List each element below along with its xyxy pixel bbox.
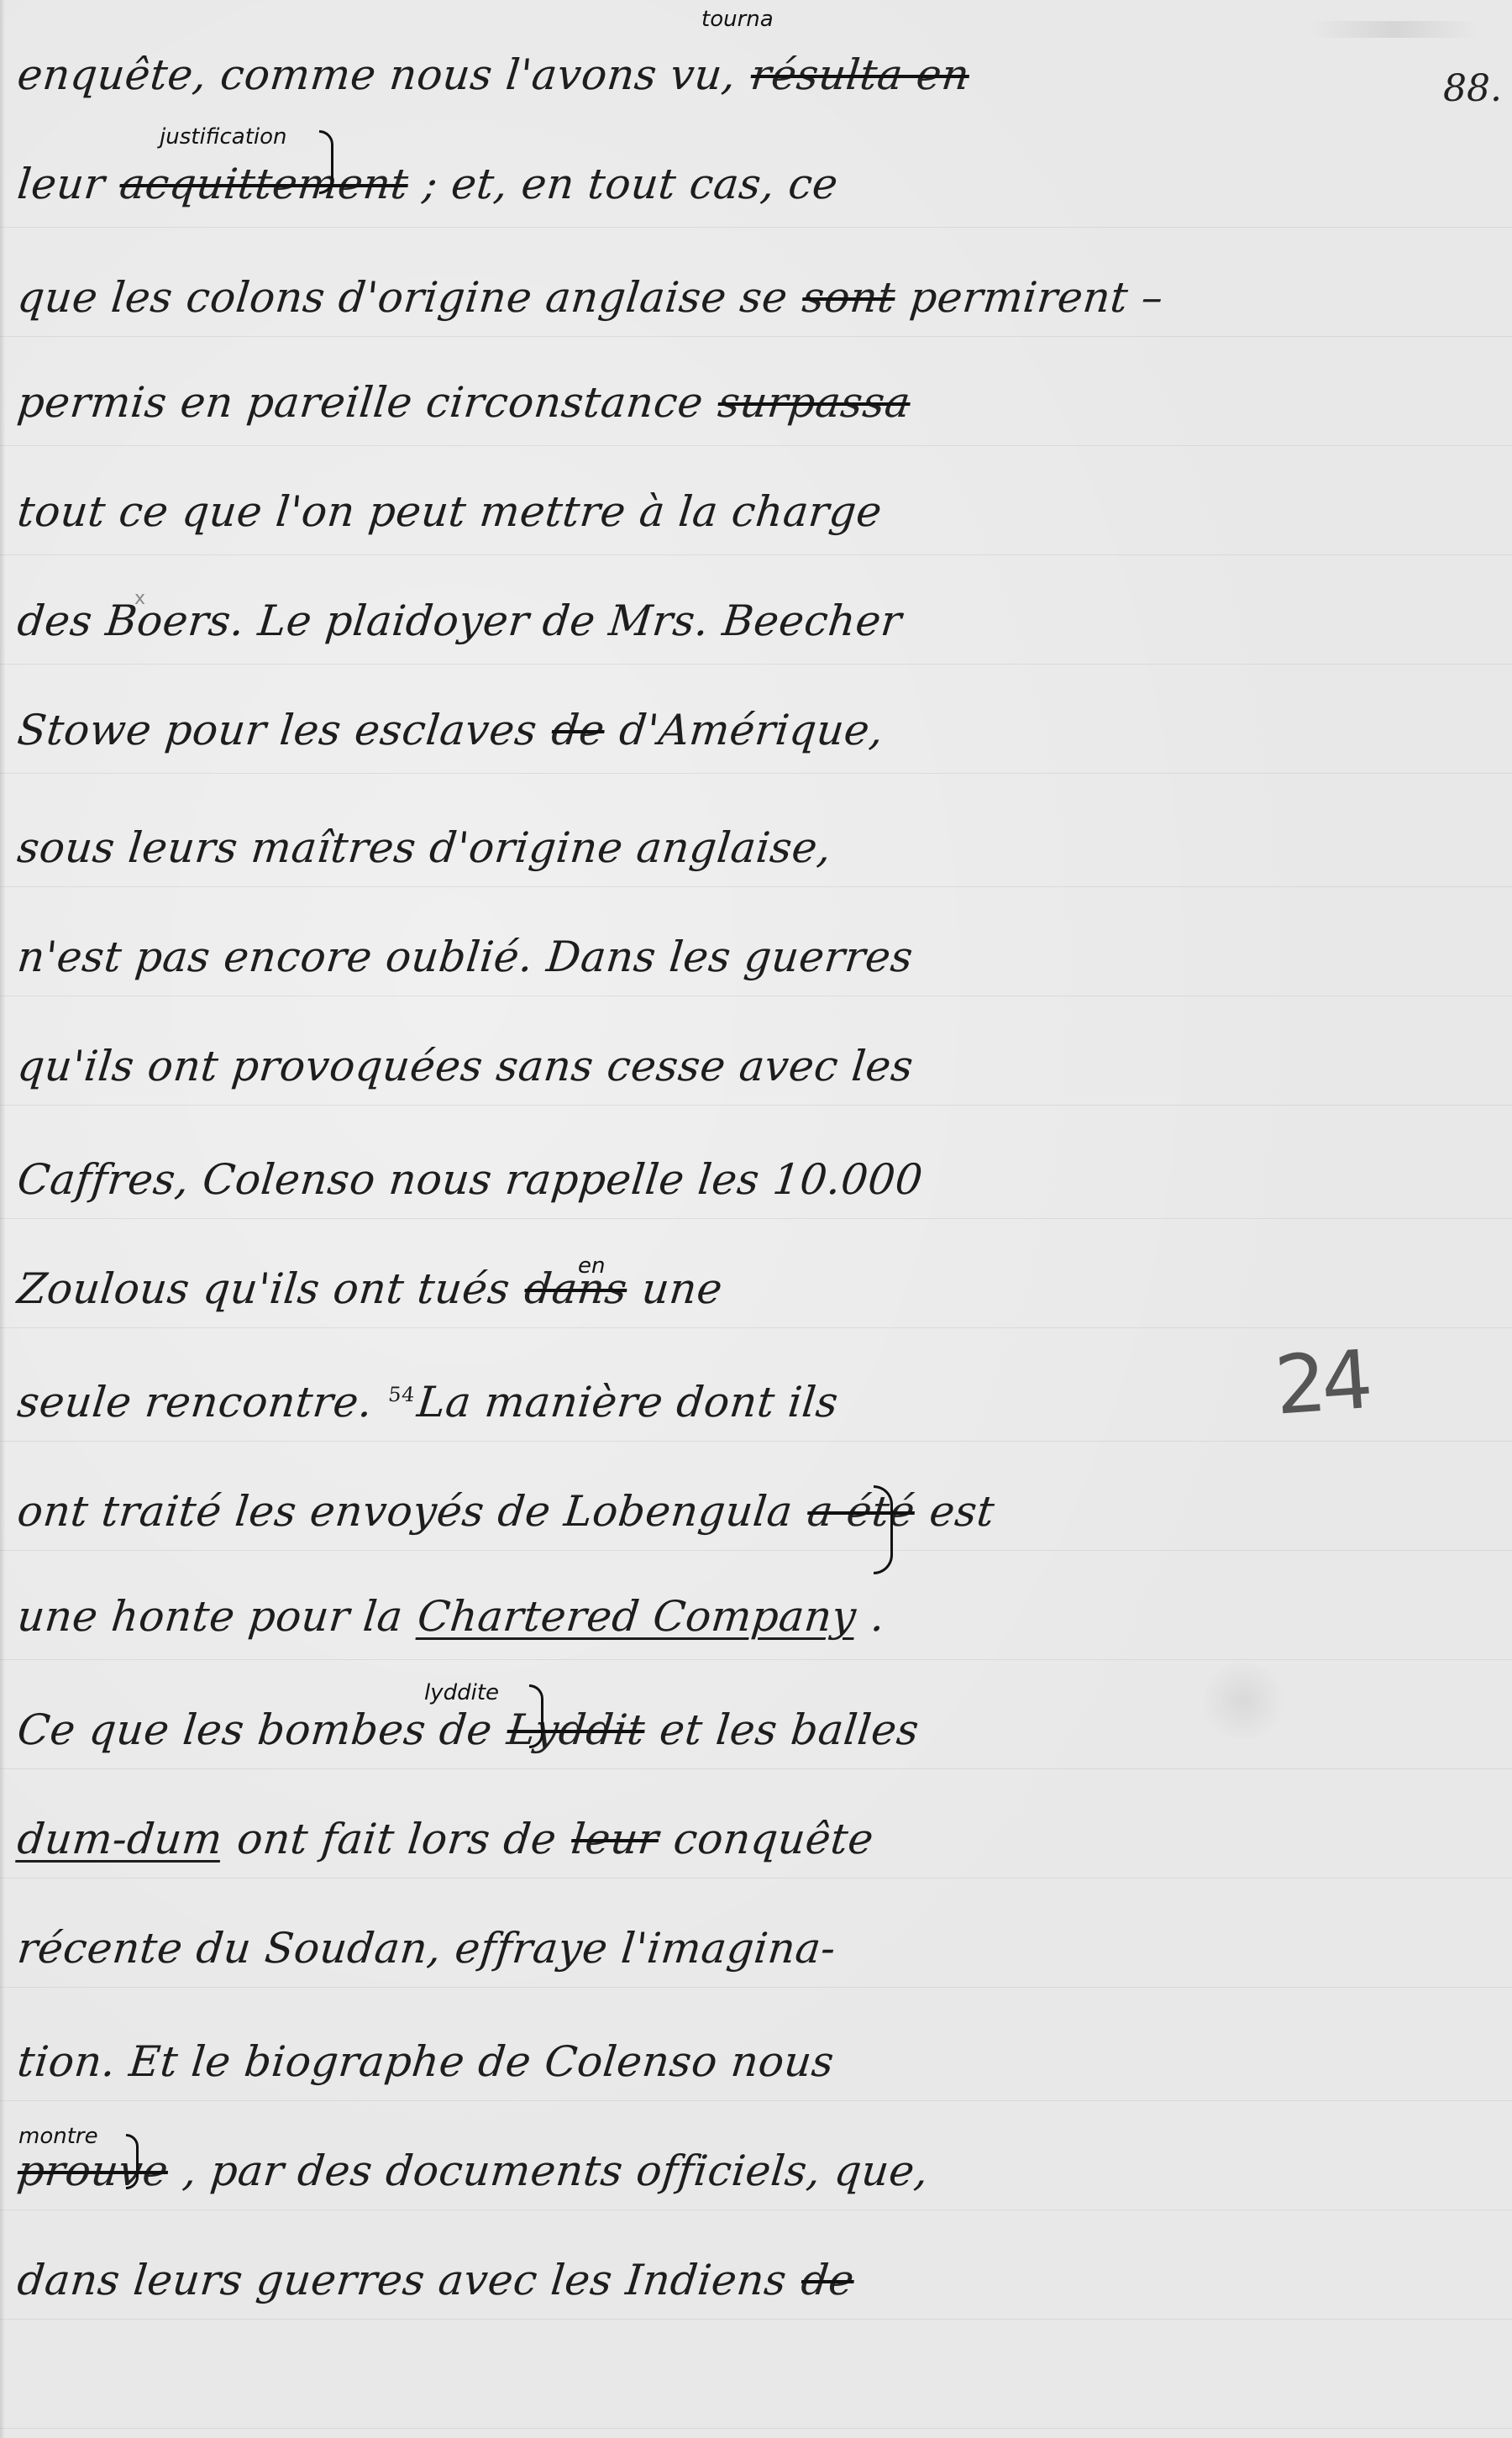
ruled-line — [0, 1878, 1512, 1878]
manuscript-line: une honte pour laChartered Company. — [15, 1592, 903, 1641]
text-segment: une honte pour la — [15, 1592, 405, 1641]
ruled-line — [0, 1768, 1512, 1769]
ruled-line — [0, 1441, 1512, 1442]
manuscript-line: enquête, comme nous l'avons vu,résulta e… — [15, 50, 987, 99]
struck-through-word: de — [549, 706, 607, 754]
text-segment: que les colons d'origine anglaise se — [15, 273, 790, 322]
interlinear-insertion: justification — [160, 124, 287, 150]
text-segment: une — [639, 1264, 725, 1313]
manuscript-line: tout ce que l'on peut mettre à la charge — [15, 487, 900, 536]
ruled-line — [0, 664, 1512, 665]
manuscript-line: seule rencontre.54La manière dont ils — [15, 1378, 856, 1427]
page-number: 88. — [1443, 67, 1502, 110]
paper-smudge — [1310, 21, 1478, 38]
text-segment: permis en pareille circonstance — [15, 378, 706, 427]
struck-through-word: de — [799, 2256, 857, 2304]
ruled-line — [0, 1218, 1512, 1219]
manuscript-line: dans leurs guerres avec les Indiensde — [15, 2256, 872, 2304]
correction-bracket — [126, 2134, 139, 2189]
interlinear-insertion: tourna — [701, 7, 774, 32]
manuscript-line: Zoulous qu'ils ont tuésdansune — [15, 1264, 740, 1313]
underlined-word: Chartered Company — [415, 1592, 858, 1641]
text-segment: dans leurs guerres avec les Indiens — [15, 2256, 789, 2304]
underlined-word: dum-dum — [15, 1815, 225, 1863]
ruled-line — [0, 773, 1512, 774]
interlinear-insertion: en — [578, 1253, 605, 1279]
text-segment: . — [869, 1592, 888, 1641]
text-segment: des Boers. Le plaidoyer de Mrs. Beecher — [15, 596, 904, 645]
ruled-line — [0, 1550, 1512, 1551]
ruled-line — [0, 336, 1512, 337]
manuscript-line: prouve, par des documents officiels, que… — [15, 2146, 946, 2195]
text-segment: ont traité les envoyés de Lobengula — [15, 1487, 795, 1536]
ruled-line — [0, 2319, 1512, 2320]
struck-through-word: leur — [569, 1815, 661, 1863]
manuscript-line: des Boers. Le plaidoyer de Mrs. Beecher — [15, 596, 919, 645]
manuscript-line: Ce que les bombes deLydditet les balles — [15, 1705, 937, 1754]
text-segment: et les balles — [658, 1705, 921, 1754]
text-segment: Stowe pour les esclaves — [15, 706, 539, 754]
text-segment: conquête — [671, 1815, 876, 1863]
struck-through-word: surpassa — [716, 378, 913, 427]
text-segment: La manière dont ils — [415, 1378, 841, 1427]
manuscript-line: tion. Et le biographe de Colenso nous — [15, 2037, 852, 2086]
text-segment: Zoulous qu'ils ont tués — [15, 1264, 512, 1313]
text-segment: tout ce que l'on peut mettre à la charge — [15, 487, 885, 536]
manuscript-page: 88. 24 x enquête, comme nous l'avons vu,… — [0, 0, 1512, 2438]
struck-through-word: prouve — [15, 2146, 171, 2195]
ruled-line — [0, 2100, 1512, 2101]
manuscript-line: leuracquittement; et, en tout cas, ce — [15, 160, 856, 208]
manuscript-line: Caffres, Colenso nous rappelle les 10.00… — [15, 1155, 940, 1204]
ruled-line — [0, 2428, 1512, 2429]
text-segment: qu'ils ont provoquées sans cesse avec le… — [15, 1042, 916, 1090]
ruled-line — [0, 445, 1512, 446]
text-segment: Ce que les bombes de — [15, 1705, 495, 1754]
manuscript-line: n'est pas encore oublié. Dans les guerre… — [15, 933, 931, 981]
correction-bracket — [529, 1684, 543, 1748]
text-segment: est — [927, 1487, 997, 1536]
text-segment: tion. Et le biographe de Colenso nous — [15, 2037, 837, 2086]
text-segment: , par des documents officiels, que, — [181, 2146, 931, 2195]
manuscript-line: Stowe pour les esclavesded'Amérique, — [15, 706, 901, 754]
ruled-line — [0, 1105, 1512, 1106]
manuscript-line: que les colons d'origine anglaise sesont… — [15, 273, 1181, 322]
correction-bracket — [874, 1485, 893, 1574]
text-segment: seule rencontre. — [15, 1378, 375, 1427]
interlinear-insertion: lyddite — [424, 1680, 499, 1705]
text-segment: n'est pas encore oublié. Dans les guerre… — [15, 933, 916, 981]
struck-through-word: résulta en — [748, 50, 972, 99]
manuscript-line: dum-dumont fait lors deleurconquête — [15, 1815, 891, 1863]
ruled-line — [0, 1987, 1512, 1988]
manuscript-line: permis en pareille circonstancesurpassa — [15, 378, 928, 427]
pencil-folio-number: 24 — [1272, 1332, 1371, 1432]
struck-through-word: sont — [800, 273, 897, 322]
correction-bracket — [319, 130, 333, 194]
text-segment: permirent – — [907, 273, 1165, 322]
manuscript-line: récente du Soudan, effraye l'imagina- — [15, 1924, 853, 1973]
text-segment: récente du Soudan, effraye l'imagina- — [15, 1924, 838, 1973]
ruled-line — [0, 1327, 1512, 1328]
ruled-line — [0, 2209, 1512, 2210]
manuscript-line: sous leurs maîtres d'origine anglaise, — [15, 823, 849, 872]
text-segment: leur — [15, 160, 108, 208]
struck-through-word: a été — [805, 1487, 917, 1536]
struck-through-word: Lyddit — [505, 1705, 648, 1754]
text-segment: ; et, en tout cas, ce — [421, 160, 841, 208]
text-segment: ont fait lors de — [235, 1815, 559, 1863]
struck-through-word: acquittement — [118, 160, 411, 208]
ruled-line — [0, 227, 1512, 228]
text-segment: Caffres, Colenso nous rappelle les 10.00… — [15, 1155, 925, 1204]
text-segment: d'Amérique, — [617, 706, 886, 754]
footnote-reference: 54 — [387, 1383, 416, 1406]
text-segment: sous leurs maîtres d'origine anglaise, — [15, 823, 834, 872]
ruled-line — [0, 886, 1512, 887]
interlinear-insertion: montre — [18, 2124, 98, 2149]
ruled-line — [0, 996, 1512, 996]
text-segment: enquête, comme nous l'avons vu, — [15, 50, 738, 99]
ruled-line — [0, 554, 1512, 555]
manuscript-line: ont traité les envoyés de Lobengulaa été… — [15, 1487, 1012, 1536]
struck-through-word: dans — [522, 1264, 630, 1313]
page-left-edge — [0, 0, 5, 2438]
ruled-line — [0, 1659, 1512, 1660]
manuscript-line: qu'ils ont provoquées sans cesse avec le… — [15, 1042, 931, 1090]
paper-stain — [1197, 1663, 1289, 1739]
